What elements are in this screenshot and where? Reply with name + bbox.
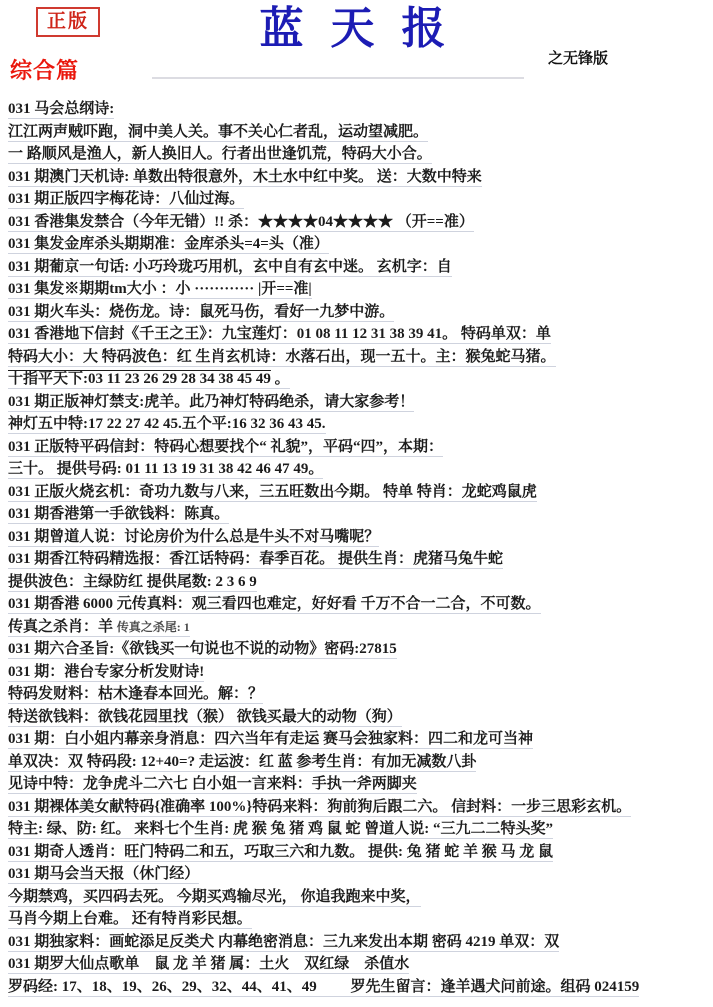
line-segment: 031 期香港第一手欲钱料：陈真。 [8, 506, 229, 522]
line-segment: 031 期正版神灯禁支:虎羊。此乃神灯特码绝杀，请大家参考！ [8, 394, 414, 410]
text-line-underline: 031 期葡京一句话: 小巧玲珑巧用机，玄中自有玄中迷。 玄机字：自 [8, 259, 452, 277]
line-segment: 031 期奇人透肖：旺门特码二和五，巧取三六和九数。 提供: 兔 猪 蛇 羊 猴… [8, 844, 553, 860]
text-line: 031 期：白小姐内幕亲身消息：四六当年有走运 赛马会独家料：四二和龙可当神 [8, 728, 709, 751]
text-line: 031 期奇人透肖：旺门特码二和五，巧取三六和九数。 提供: 兔 猪 蛇 羊 猴… [8, 841, 709, 864]
line-segment: 特码发财料：枯木逢春本回光。解：？ [8, 686, 263, 702]
line-segment: 031 期曾道人说：讨论房价为什么总是牛头不对马嘴呢？ [8, 529, 379, 545]
text-line: 031 期正版四字梅花诗：八仙过海。 [8, 188, 709, 211]
line-segment: 马肖今期上台难。 还有特肖彩民想。 [8, 911, 252, 927]
text-line-underline: 031 期香江特码精选报：香江话特码：春季百花。 提供生肖：虎猪马兔牛蛇 [8, 551, 503, 569]
text-line: 031 期香港第一手欲钱料：陈真。 [8, 503, 709, 526]
text-line-underline: 031 马会总纲诗: [8, 101, 114, 119]
text-line: 单双决：双 特码段: 12+40=? 走运波：红 蓝 参考生肖：有加无减数八卦 [8, 751, 709, 774]
line-segment: 031 期独家料：画蛇添足反类犬 内幕绝密消息：三九来发出本期 密码 4219 … [8, 934, 559, 950]
text-line: 三十。 提供号码: 01 11 13 19 31 38 42 46 47 49。 [8, 458, 709, 481]
text-line: 031 正版特平码信封：特码心想要找个“ 礼貌”，平码“四”，本期： [8, 436, 709, 459]
text-line: 提供波色：主绿防红 提供尾数: 2 3 6 9 [8, 571, 709, 594]
text-line-underline: 031 正版特平码信封：特码心想要找个“ 礼貌”，平码“四”，本期： [8, 439, 443, 457]
text-line-underline: 031 期正版四字梅花诗：八仙过海。 [8, 191, 244, 209]
text-line: 今期禁鸡，买四码去死。 今期买鸡输尽光， 你追我跑来中奖， [8, 886, 709, 909]
edition-label: 之无锋版 [548, 47, 608, 68]
text-line-underline: 031 期澳门天机诗: 单数出特很意外，木土水中红中奖。 送：大数中特来 [8, 169, 482, 187]
line-segment: 一 路顺风是渔人，新人换旧人。行者出世逢饥荒，特码大小合。 [8, 146, 432, 162]
line-segment: 031 期香港 6000 元传真料：观三看四也难定，好好看 千万不合一二合，不可… [8, 596, 541, 612]
text-line: 031 正版火烧玄机：奇功九数与八来，三五旺数出今期。 特单 特肖：龙蛇鸡鼠虎 [8, 481, 709, 504]
line-segment: 031 期裸体美女献特码{准确率 100%}特码来料：狗前狗后跟二六。 信封料：… [8, 799, 631, 815]
text-line-underline: 传真之杀肖：羊 传真之杀尾: 1 [8, 619, 190, 637]
text-line-underline: 单双决：双 特码段: 12+40=? 走运波：红 蓝 参考生肖：有加无减数八卦 [8, 754, 476, 772]
text-line-underline: 031 期六合圣旨:《欲钱买一句说也不说的动物》密码:27815 [8, 641, 397, 659]
text-line: 031 期香江特码精选报：香江话特码：春季百花。 提供生肖：虎猪马兔牛蛇 [8, 548, 709, 571]
text-line: 031 期葡京一句话: 小巧玲珑巧用机，玄中自有玄中迷。 玄机字：自 [8, 256, 709, 279]
text-line-underline: 神灯五中特:17 22 27 42 45.五个平:16 32 36 43 45. [8, 416, 326, 434]
text-line-underline: 031 期独家料：画蛇添足反类犬 内幕绝密消息：三九来发出本期 密码 4219 … [8, 934, 559, 952]
text-line-underline: 江江两声贼吓跑，洞中美人关。事不关心仁者乱，运动望减肥。 [8, 124, 428, 142]
text-line-underline: 一 路顺风是渔人，新人换旧人。行者出世逢饥荒，特码大小合。 [8, 146, 432, 164]
text-line: 031 集发※期期tm大小 ：小 ············ |开==准| [8, 278, 709, 301]
section-divider-rule [152, 77, 524, 79]
text-line: 罗码经: 17、18、19、26、29、32、44、41、49 罗先生留言：逢羊… [8, 976, 709, 999]
line-segment: 031 期罗大仙点歌单 鼠 龙 羊 猪 属：土火 双红绿 杀值水 [8, 956, 409, 972]
text-line: 特码发财料：枯木逢春本回光。解：？ [8, 683, 709, 706]
newspaper-page: 正版 蓝 天 报 之无锋版 综合篇 031 马会总纲诗:江江两声贼吓跑，洞中美人… [0, 0, 713, 1007]
text-line-underline: 031 期裸体美女献特码{准确率 100%}特码来料：狗前狗后跟二六。 信封料：… [8, 799, 631, 817]
text-line: 特码大小：大 特码波色：红 生肖玄机诗：水落石出，现一五十。主：猴兔蛇马猪。 [8, 346, 709, 369]
content-lines: 031 马会总纲诗:江江两声贼吓跑，洞中美人关。事不关心仁者乱，运动望减肥。一 … [8, 98, 709, 998]
line-segment: 江江两声贼吓跑，洞中美人关。事不关心仁者乱，运动望减肥。 [8, 124, 428, 140]
text-line-underline: 特码发财料：枯木逢春本回光。解：？ [8, 686, 263, 704]
text-line: 031 集发金库杀头期期准：金库杀头=4=头（准） [8, 233, 709, 256]
text-line-underline: 罗码经: 17、18、19、26、29、32、44、41、49 罗先生留言：逢羊… [8, 979, 639, 997]
line-segment: 031 期澳门天机诗: 单数出特很意外，木土水中红中奖。 送：大数中特来 [8, 169, 482, 185]
text-line: 传真之杀肖：羊 传真之杀尾: 1 [8, 616, 709, 639]
text-line-underline: 031 期：白小姐内幕亲身消息：四六当年有走运 赛马会独家料：四二和龙可当神 [8, 731, 533, 749]
line-segment: 031 期六合圣旨:《欲钱买一句说也不说的动物》密码:27815 [8, 641, 397, 657]
text-line-underline: 十指平天下:03 11 23 26 29 28 34 38 45 49 。 [8, 371, 290, 389]
line-segment: 特主: 绿、防: 红。 来料七个生肖: 虎 猴 兔 猪 鸡 鼠 蛇 曾道人说: … [8, 821, 553, 837]
line-segment: 031 期葡京一句话: 小巧玲珑巧用机，玄中自有玄中迷。 玄机字：自 [8, 259, 452, 275]
line-segment: 见诗中特：龙争虎斗二六七 白小姐一言来料：手执一斧两脚夹 [8, 776, 417, 792]
text-line: 神灯五中特:17 22 27 42 45.五个平:16 32 36 43 45. [8, 413, 709, 436]
text-line: 031 香港地下信封《千王之王》：九宝莲灯：01 08 11 12 31 38 … [8, 323, 709, 346]
text-line-underline: 三十。 提供号码: 01 11 13 19 31 38 42 46 47 49。 [8, 461, 323, 479]
text-line-underline: 031 正版火烧玄机：奇功九数与八来，三五旺数出今期。 特单 特肖：龙蛇鸡鼠虎 [8, 484, 537, 502]
text-line-underline: 特码大小：大 特码波色：红 生肖玄机诗：水落石出，现一五十。主：猴兔蛇马猪。 [8, 349, 556, 367]
line-segment: 031 期：港台专家分析发财诗! [8, 664, 204, 680]
text-line: 031 期曾道人说：讨论房价为什么总是牛头不对马嘴呢？ [8, 526, 709, 549]
line-segment: 特码大小：大 特码波色：红 生肖玄机诗：水落石出，现一五十。主：猴兔蛇马猪。 [8, 349, 556, 365]
text-line: 031 马会总纲诗: [8, 98, 709, 121]
text-line-underline: 031 期马会当天报（休门经） [8, 866, 199, 884]
line-segment: 031 正版火烧玄机：奇功九数与八来，三五旺数出今期。 特单 特肖：龙蛇鸡鼠虎 [8, 484, 537, 500]
line-segment: 031 期正版四字梅花诗：八仙过海。 [8, 191, 244, 207]
line-segment: 031 集发金库杀头期期准：金库杀头=4=头（准） [8, 236, 329, 252]
line-segment: 单双决：双 特码段: 12+40=? 走运波：红 蓝 参考生肖：有加无减数八卦 [8, 754, 476, 770]
text-line-underline: 031 期奇人透肖：旺门特码二和五，巧取三六和九数。 提供: 兔 猪 蛇 羊 猴… [8, 844, 553, 862]
text-line-underline: 031 期曾道人说：讨论房价为什么总是牛头不对马嘴呢？ [8, 529, 379, 547]
text-line-underline: 031 香港地下信封《千王之王》：九宝莲灯：01 08 11 12 31 38 … [8, 326, 551, 344]
line-segment: 传真之杀尾: 1 [117, 620, 190, 634]
text-line: 031 期罗大仙点歌单 鼠 龙 羊 猪 属：土火 双红绿 杀值水 [8, 953, 709, 976]
text-line: 031 期澳门天机诗: 单数出特很意外，木土水中红中奖。 送：大数中特来 [8, 166, 709, 189]
text-line: 见诗中特：龙争虎斗二六七 白小姐一言来料：手执一斧两脚夹 [8, 773, 709, 796]
line-segment: 031 期马会当天报（休门经） [8, 866, 199, 882]
text-line: 031 香港集发禁合（今年无错）!! 杀：★★★★04★★★★ （开==准） [8, 211, 709, 234]
line-segment: 。 [271, 371, 290, 387]
text-line-underline: 见诗中特：龙争虎斗二六七 白小姐一言来料：手执一斧两脚夹 [8, 776, 417, 794]
text-line: 十指平天下:03 11 23 26 29 28 34 38 45 49 。 [8, 368, 709, 391]
section-title: 综合篇 [10, 54, 79, 85]
line-segment: 031 期火车头：烧伤龙。诗：鼠死马伤，看好一九梦中游。 [8, 304, 394, 320]
line-segment: |开==准| [258, 281, 312, 297]
text-line: 031 期正版神灯禁支:虎羊。此乃神灯特码绝杀，请大家参考！ [8, 391, 709, 414]
text-line-underline: 031 期香港第一手欲钱料：陈真。 [8, 506, 229, 524]
line-segment: 传真之杀肖：羊 [8, 619, 117, 635]
line-segment: 提供波色：主绿防红 提供尾数: 2 3 6 9 [8, 574, 257, 590]
line-segment: 罗码经: 17、18、19、26、29、32、44、41、49 罗先生留言：逢羊… [8, 979, 639, 995]
line-segment: 031 香港地下信封《千王之王》：九宝莲灯：01 08 11 12 31 38 … [8, 326, 551, 342]
text-line-underline: 031 期香港 6000 元传真料：观三看四也难定，好好看 千万不合一二合，不可… [8, 596, 541, 614]
text-line-underline: 031 期火车头：烧伤龙。诗：鼠死马伤，看好一九梦中游。 [8, 304, 394, 322]
text-line: 031 期火车头：烧伤龙。诗：鼠死马伤，看好一九梦中游。 [8, 301, 709, 324]
line-segment: 031 正版特平码信封：特码心想要找个“ 礼貌”，平码“四”，本期： [8, 439, 443, 455]
text-line: 一 路顺风是渔人，新人换旧人。行者出世逢饥荒，特码大小合。 [8, 143, 709, 166]
text-line-underline: 031 集发※期期tm大小 ：小 ············ |开==准| [8, 281, 312, 299]
text-line-underline: 031 香港集发禁合（今年无错）!! 杀：★★★★04★★★★ （开==准） [8, 214, 474, 232]
text-line: 031 期香港 6000 元传真料：观三看四也难定，好好看 千万不合一二合，不可… [8, 593, 709, 616]
text-line-underline: 031 期罗大仙点歌单 鼠 龙 羊 猪 属：土火 双红绿 杀值水 [8, 956, 409, 974]
text-line: 特主: 绿、防: 红。 来料七个生肖: 虎 猴 兔 猪 鸡 鼠 蛇 曾道人说: … [8, 818, 709, 841]
text-line: 江江两声贼吓跑，洞中美人关。事不关心仁者乱，运动望减肥。 [8, 121, 709, 144]
line-segment: 三十。 提供号码: 01 11 13 19 31 38 42 46 47 49。 [8, 461, 323, 477]
line-segment: 031 马会总纲诗: [8, 101, 114, 117]
text-line-underline: 031 集发金库杀头期期准：金库杀头=4=头（准） [8, 236, 329, 254]
text-line-underline: 031 期：港台专家分析发财诗! [8, 664, 204, 682]
text-line-underline: 今期禁鸡，买四码去死。 今期买鸡输尽光， 你追我跑来中奖， [8, 889, 421, 907]
line-segment: 031 集发※期期tm大小 ：小 ············ [8, 281, 258, 297]
text-line: 031 期裸体美女献特码{准确率 100%}特码来料：狗前狗后跟二六。 信封料：… [8, 796, 709, 819]
text-line: 马肖今期上台难。 还有特肖彩民想。 [8, 908, 709, 931]
text-line: 031 期六合圣旨:《欲钱买一句说也不说的动物》密码:27815 [8, 638, 709, 661]
text-line-underline: 特送欲钱料：欲钱花园里找（猴） 欲钱买最大的动物（狗） [8, 709, 402, 727]
line-segment: 031 期香江特码精选报：香江话特码：春季百花。 提供生肖：虎猪马兔牛蛇 [8, 551, 503, 567]
line-segment: 今期禁鸡，买四码去死。 今期买鸡输尽光， 你追我跑来中奖， [8, 889, 421, 905]
text-line-underline: 031 期正版神灯禁支:虎羊。此乃神灯特码绝杀，请大家参考！ [8, 394, 414, 412]
text-line-underline: 提供波色：主绿防红 提供尾数: 2 3 6 9 [8, 574, 257, 592]
text-line: 031 期：港台专家分析发财诗! [8, 661, 709, 684]
line-segment: 031 期：白小姐内幕亲身消息：四六当年有走运 赛马会独家料：四二和龙可当神 [8, 731, 533, 747]
text-line: 031 期独家料：画蛇添足反类犬 内幕绝密消息：三九来发出本期 密码 4219 … [8, 931, 709, 954]
line-segment: 神灯五中特:17 22 27 42 45.五个平:16 32 36 43 45. [8, 416, 326, 432]
text-line-underline: 特主: 绿、防: 红。 来料七个生肖: 虎 猴 兔 猪 鸡 鼠 蛇 曾道人说: … [8, 821, 553, 839]
text-line: 031 期马会当天报（休门经） [8, 863, 709, 886]
text-line: 特送欲钱料：欲钱花园里找（猴） 欲钱买最大的动物（狗） [8, 706, 709, 729]
line-segment: 特送欲钱料：欲钱花园里找（猴） 欲钱买最大的动物（狗） [8, 709, 402, 725]
line-segment: 十指平天下:03 11 23 26 29 28 34 38 45 49 [8, 371, 271, 387]
line-segment: 031 香港集发禁合（今年无错）!! 杀：★★★★04★★★★ （开==准） [8, 214, 474, 230]
text-line-underline: 马肖今期上台难。 还有特肖彩民想。 [8, 911, 252, 929]
